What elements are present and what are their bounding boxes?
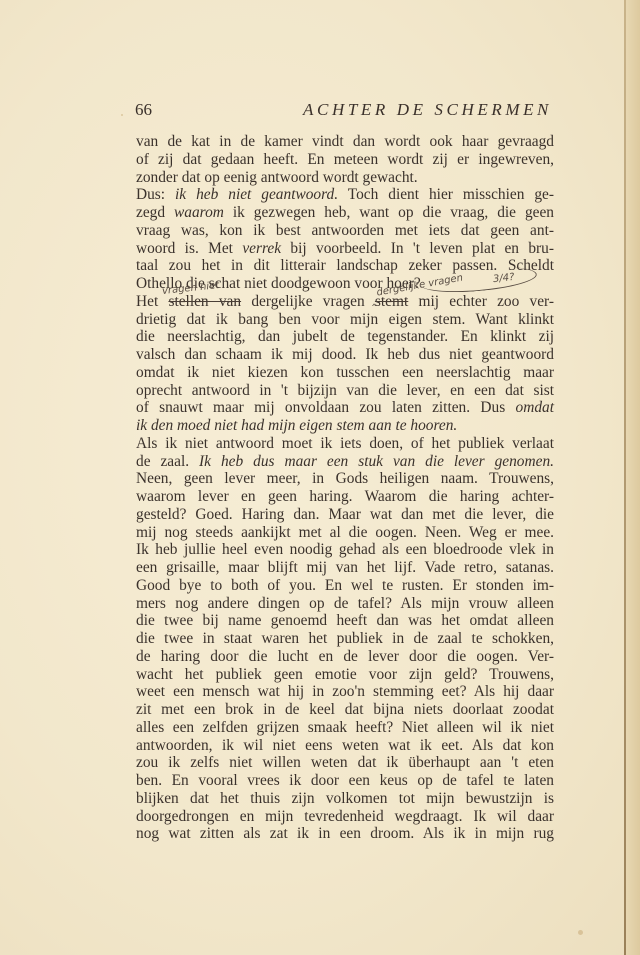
text-run: de haring door die lucht en de lever doo… [136,648,554,665]
text-line: een grisaille, maar blijft mij van het l… [136,559,554,577]
body-text: van de kat in de kamer vindt dan wordt o… [136,133,554,843]
text-line: doorgedrongen en mijn tevredenheid wegdr… [136,808,554,826]
text-run: doorgedrongen en mijn tevredenheid wegdr… [136,808,554,825]
text-line: die neerslachtig, dan jubelt de tegensta… [136,328,554,346]
text-line: zit met een brok in de keel dat bijna ni… [136,701,554,719]
text-run: oprecht antwoord in 't bijzijn van die l… [136,382,554,399]
text-run: waarom lever en geen haring. Waarom die … [136,488,554,505]
text-run: vraag was, kon ik best antwoorden met ie… [136,222,554,239]
text-run: zit met een brok in de keel dat bijna ni… [136,701,554,718]
text-run: Dus: [136,186,175,203]
text-run: ik gezwegen heb, want op die vraag, die … [224,204,554,221]
page-number: 66 [135,100,152,120]
text-run: Ik heb jullie heel even noodig gehad als… [136,541,554,558]
text-line: gesteld? Goed. Haring dan. Maar wat dan … [136,506,554,524]
text-line: drietig dat ik bang ben voor mijn eigen … [136,311,554,329]
text-run: Neen, geen lever meer, in Gods heiligen … [136,470,554,487]
text-run: van de kat in de kamer vindt dan wordt o… [136,133,554,150]
text-run: die twee bij name genoemd heeft dan was … [136,612,554,629]
text-line: Ik heb jullie heel even noodig gehad als… [136,541,554,559]
text-run: omdat ik niet kiezen kon tusschen een ne… [136,364,554,381]
text-line: de zaal. Ik heb dus maar een stuk van di… [136,453,554,471]
text-run: Good bye to both of you. En wel te ruste… [136,577,554,594]
text-line: ben. En vooral vrees ik door een keus op… [136,772,554,790]
foxing-spot [578,930,583,935]
italic-text: waarom [174,204,224,221]
text-line: mers nog andere dingen op de tafel? Als … [136,595,554,613]
running-title: ACHTER DE SCHERMEN [303,100,552,120]
insertion-caret-mark: ‸ [372,292,376,306]
text-line: Als ik niet antwoord moet ik iets doen, … [136,435,554,453]
text-run: nog wat zitten als zat ik in een droom. … [136,825,554,842]
text-run: wacht het publiek geen emotie voor zijn … [136,666,554,683]
text-run: bij voorbeeld. In 't leven plat en bru- [281,240,554,257]
text-run: of snauwt maar mij onvoldaan zou laten z… [136,399,516,416]
text-line: alles een zelfden grijzen smaak heeft? N… [136,719,554,737]
text-run: die twee in staat waren het publiek in d… [136,630,554,647]
italic-text: Ik heb dus maar een stuk van die lever g… [199,453,554,470]
text-line: blijken dat het thuis zijn volkomen tot … [136,790,554,808]
text-run: zou ik zelfs niet willen weten dat ik üb… [136,754,554,771]
text-line: ik den moed niet had mijn eigen stem aan… [136,417,554,435]
text-line: weet een mensch wat hij in zoo'n stemmin… [136,683,554,701]
text-line: van de kat in de kamer vindt dan wordt o… [136,133,554,151]
text-run: weet een mensch wat hij in zoo'n stemmin… [136,683,554,700]
text-run: ben. En vooral vrees ik door een keus op… [136,772,554,789]
text-line: vraag was, kon ik best antwoorden met ie… [136,222,554,240]
text-run: antwoorden, ik wil niet eens weten wat i… [136,737,554,754]
text-line: antwoorden, ik wil niet eens weten wat i… [136,737,554,755]
text-run: gesteld? Goed. Haring dan. Maar wat dan … [136,506,554,523]
italic-text: ik heb niet geantwoord. [175,186,338,203]
text-line: wacht het publiek geen emotie voor zijn … [136,666,554,684]
text-line: zonder dat op eenig antwoord wordt gewac… [136,169,554,187]
text-line: woord is. Met verrek bij voorbeeld. In '… [136,240,554,258]
text-line: Neen, geen lever meer, in Gods heiligen … [136,470,554,488]
text-line: of snauwt maar mij onvoldaan zou laten z… [136,399,554,417]
text-line: die twee bij name genoemd heeft dan was … [136,612,554,630]
text-run: of zij dat gedaan heeft. En meteen wordt… [136,151,554,168]
text-run: valsch dan schaam ik mij dood. Ik heb du… [136,346,554,363]
text-run: dergelijke vragen [241,293,375,310]
text-line: of zij dat gedaan heeft. En meteen wordt… [136,151,554,169]
text-line: waarom lever en geen haring. Waarom die … [136,488,554,506]
text-line: valsch dan schaam ik mij dood. Ik heb du… [136,346,554,364]
foxing-spot [121,114,123,116]
text-run: mij nog steeds aankijkt met al die oogen… [136,524,554,541]
text-run: mij echter zoo ver- [408,293,554,310]
italic-text: omdat [516,399,554,416]
text-run: die neerslachtig, dan jubelt de tegensta… [136,328,554,345]
text-line: omdat ik niet kiezen kon tusschen een ne… [136,364,554,382]
text-line: Het stellen van dergelijke vragen stemt … [136,293,554,311]
text-run: zonder dat op eenig antwoord wordt gewac… [136,169,418,186]
text-line: Good bye to both of you. En wel te ruste… [136,577,554,595]
page-header: 66 ACHTER DE SCHERMEN [135,100,552,124]
text-run: alles een zelfden grijzen smaak heeft? N… [136,719,554,736]
text-run: zegd [136,204,174,221]
text-line: oprecht antwoord in 't bijzijn van die l… [136,382,554,400]
text-line: mij nog steeds aankijkt met al die oogen… [136,524,554,542]
next-page-strip [626,0,640,955]
text-line: de haring door die lucht en de lever doo… [136,648,554,666]
text-run: Toch dient hier misschien ge- [338,186,554,203]
text-run: mers nog andere dingen op de tafel? Als … [136,595,554,612]
text-run: een grisaille, maar blijft mij van het l… [136,559,554,576]
text-line: Dus: ik heb niet geantwoord. Toch dient … [136,186,554,204]
text-line: die twee in staat waren het publiek in d… [136,630,554,648]
italic-text: verrek [242,240,281,257]
text-line: zegd waarom ik gezwegen heb, want op die… [136,204,554,222]
text-run: woord is. Met [136,240,242,257]
text-run: de zaal. [136,453,199,470]
text-line: zou ik zelfs niet willen weten dat ik üb… [136,754,554,772]
struck-text: stellen van [168,293,241,310]
italic-text: ik den moed niet had mijn eigen stem aan… [136,417,457,434]
text-run: blijken dat het thuis zijn volkomen tot … [136,790,554,807]
text-line: nog wat zitten als zat ik in een droom. … [136,825,554,843]
text-run: drietig dat ik bang ben voor mijn eigen … [136,311,554,328]
text-run: Als ik niet antwoord moet ik iets doen, … [136,435,554,452]
